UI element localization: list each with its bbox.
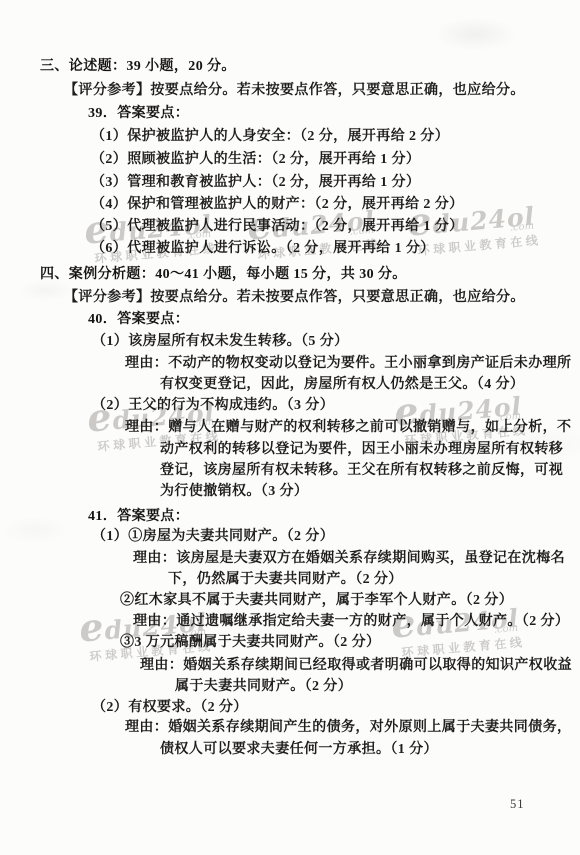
q41-item1-reason-cont: 下，仍然属于夫妻共同财产。（2 分） [168, 571, 403, 588]
section-4-scoring-note: 【评分参考】按要点给分。若未按要点作答，只要意思正确，也应给分。 [64, 289, 525, 306]
watermark-domain: .com [509, 215, 535, 241]
q39-point-2: （2）照顾被监护人的生活：（2 分，展开再给 1 分） [91, 151, 420, 168]
q40-point-2-reason-cont1: 动产权利的转移以登记为要件，因王小丽未办理房屋所有权转移 [160, 441, 563, 458]
q41-point-2-reason-cont: 债权人可以要求夫妻任何一方承担。（1 分） [160, 741, 438, 758]
q41-item2-reason: 理由：通过遗嘱继承指定给夫妻一方的财产，属于个人财产。（2 分） [133, 613, 569, 630]
q40-answer-header: 40．答案要点： [88, 311, 189, 328]
q41-item3-reason-cont: 属于夫妻共同财产。（2 分） [175, 678, 352, 695]
scanned-document-page: edu24ol.com 环球职业教育在线 edu24ol.com 环球职业教育在… [0, 0, 580, 855]
section-3-title: 三、论述题：39 小题，20 分。 [40, 58, 236, 75]
watermark: edu24ol.com 环球职业教育在线 [83, 205, 239, 267]
q40-point-1-reason: 理由：不动产的物权变动以登记为要件。王小丽拿到房产证后未办理所 [125, 355, 571, 372]
q39-point-1: （1）保护被监护人的人身安全：（2 分，展开再给 2 分） [91, 128, 449, 145]
q40-point-2-reason: 理由：赠与人在赠与财产的权利转移之前可以撤销赠与，如上分析，不 [125, 419, 571, 436]
q40-point-2: （2）王父的行为不构成违约。（3 分） [92, 397, 334, 414]
section-4-title: 四、案例分析题：40～41 小题，每小题 15 分，共 30 分。 [40, 266, 407, 283]
section-3-scoring-note: 【评分参考】按要点给分。若未按要点作答，只要意思正确，也应给分。 [64, 82, 525, 99]
q39-point-3: （3）管理和教育被监护人：（2 分，展开再给 1 分） [91, 174, 420, 191]
q39-point-6: （6）代理被监护人进行诉讼。（2 分，展开再给 1 分） [91, 240, 435, 257]
page-number: 51 [510, 797, 525, 812]
q41-point-2: （2）有权要求。（2 分） [92, 699, 248, 716]
q41-item1-reason: 理由：该房屋是夫妻双方在婚姻关系存续期间购买，虽登记在沈梅名 [133, 550, 565, 567]
q41-item3-reason: 理由：婚姻关系存续期间已经取得或者明确可以取得的知识产权收益 [140, 657, 572, 674]
q39-point-5: （5）代理被监护人进行民事活动：（2 分，展开再给 1 分） [91, 218, 464, 235]
q41-point-2-reason: 理由：婚姻关系存续期间产生的债务，对外原则上属于夫妻共同债务， [125, 719, 571, 736]
q41-answer-header: 41．答案要点： [88, 508, 189, 525]
q40-point-1: （1）该房屋所有权未发生转移。（5 分） [92, 333, 349, 350]
q39-point-4: （4）保护和管理被监护人的财产：（2 分，展开再给 2 分） [91, 196, 464, 213]
q41-point-1-item1: （1）①房屋为夫妻共同财产。（2 分） [92, 528, 334, 545]
q40-point-1-reason-cont: 有权变更登记，因此，房屋所有权人仍然是王父。（4 分） [160, 376, 524, 393]
q39-answer-header: 39．答案要点： [88, 105, 189, 122]
q41-point-1-item2: ②红木家具不属于夫妻共同财产，属于李军个人财产。（2 分） [120, 592, 513, 609]
q40-point-2-reason-cont3: 为行使撤销权。（3 分） [160, 483, 308, 500]
q40-point-2-reason-cont2: 登记，该房屋所有权未转移。王父在所有权转移之前反悔，可视 [160, 462, 563, 479]
q41-point-1-item3: ③3 万元稿酬属于夫妻共同财产。（2 分） [120, 634, 380, 651]
